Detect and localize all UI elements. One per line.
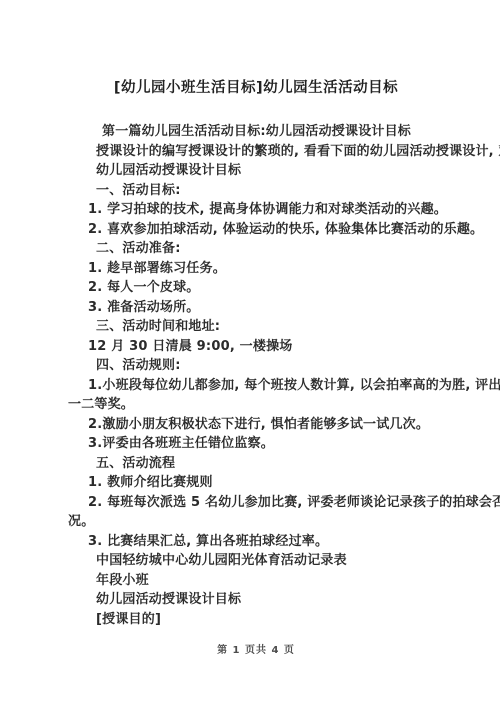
document-line: 2.激励小朋友积极状态下进行, 惧怕者能够多试一试几次。 bbox=[68, 415, 444, 435]
document-line: [授课目的] bbox=[68, 610, 444, 630]
document-line: 二、活动准备: bbox=[68, 239, 444, 259]
document-line: 幼儿园活动授课设计目标 bbox=[68, 161, 444, 181]
document-line: 第一篇幼儿园生活活动目标:幼儿园活动授课设计目标 bbox=[68, 122, 444, 142]
document-line: 五、活动流程 bbox=[68, 454, 444, 474]
document-line: 一二等奖。 bbox=[68, 395, 444, 415]
document-line: 3. 比赛结果汇总, 算出各班拍球经过率。 bbox=[68, 532, 444, 552]
document-line: 中国轻纺城中心幼儿园阳光体育活动记录表 bbox=[68, 551, 444, 571]
document-line: 三、活动时间和地址: bbox=[68, 317, 444, 337]
document-title: [幼儿园小班生活目标]幼儿园生活活动目标 bbox=[68, 78, 444, 98]
document-line: 1. 趁早部署练习任务。 bbox=[68, 259, 444, 279]
document-line: 2. 每班每次派选 5 名幼儿参加比赛, 评委老师谈论记录孩子的拍球会否情 bbox=[68, 493, 444, 513]
document-line: 2. 每人一个皮球。 bbox=[68, 278, 444, 298]
document-line: 况。 bbox=[68, 512, 444, 532]
document-body: 第一篇幼儿园生活活动目标:幼儿园活动授课设计目标授课设计的编写授课设计的繁琐的,… bbox=[68, 122, 444, 629]
document-line: 3.评委由各班班主任错位监察。 bbox=[68, 434, 444, 454]
document-page: [幼儿园小班生活目标]幼儿园生活活动目标 第一篇幼儿园生活活动目标:幼儿园活动授… bbox=[0, 0, 500, 708]
document-line: 1.小班段每位幼儿都参加, 每个班按人数计算, 以会拍率高的为胜, 评出 bbox=[68, 376, 444, 396]
document-line: 3. 准备活动场所。 bbox=[68, 298, 444, 318]
document-line: 1. 教师介绍比赛规则 bbox=[68, 473, 444, 493]
page-number: 第 1 页共 4 页 bbox=[68, 644, 444, 658]
document-line: 2. 喜欢参加拍球活动, 体验运动的快乐, 体验集体比赛活动的乐趣。 bbox=[68, 220, 444, 240]
document-line: 1. 学习拍球的技术, 提高身体协调能力和对球类活动的兴趣。 bbox=[68, 200, 444, 220]
document-line: 年段小班 bbox=[68, 571, 444, 591]
document-line: 授课设计的编写授课设计的繁琐的, 看看下面的幼儿园活动授课设计, 欢迎大家借鉴! bbox=[68, 142, 444, 162]
document-line: 12 月 30 日清晨 9:00, 一楼操场 bbox=[68, 337, 444, 357]
document-line: 幼儿园活动授课设计目标 bbox=[68, 590, 444, 610]
document-line: 一、活动目标: bbox=[68, 181, 444, 201]
document-line: 四、活动规则: bbox=[68, 356, 444, 376]
